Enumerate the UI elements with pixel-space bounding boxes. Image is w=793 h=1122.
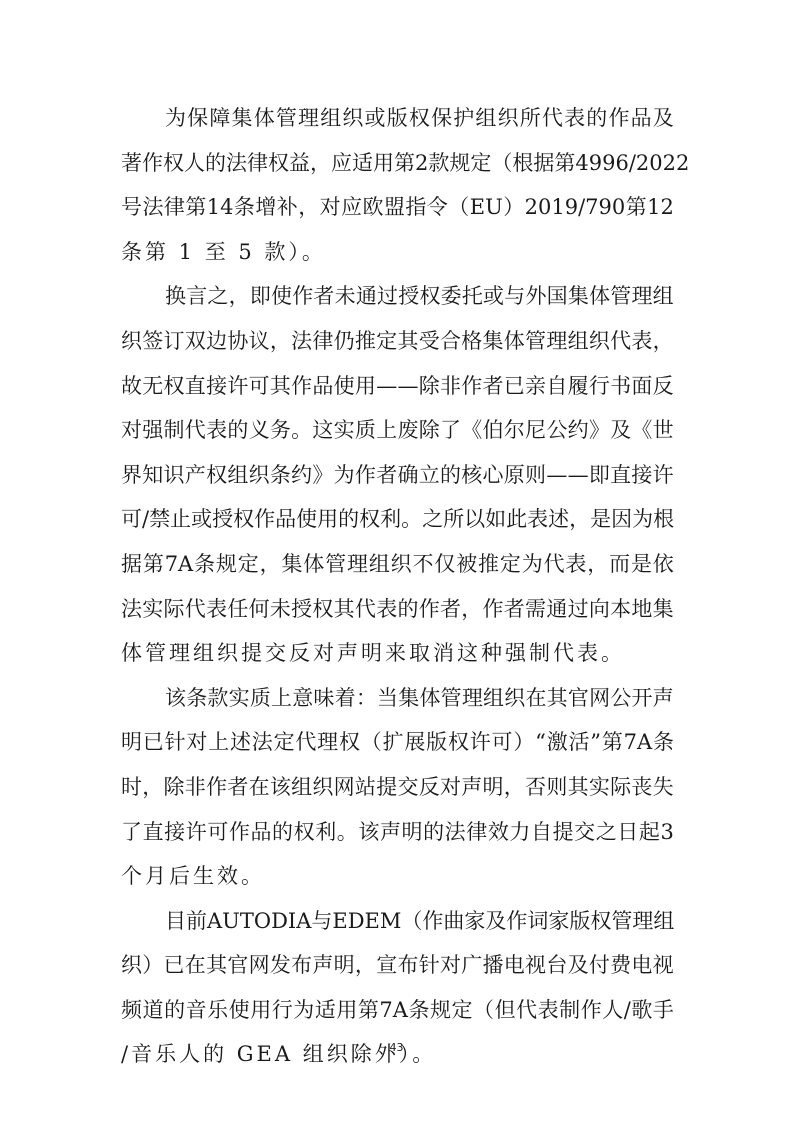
text-line: 时，除非作者在该组织网站提交反对声明，否则其实际丧失 [121,765,674,810]
text-line: 频道的音乐使用行为适用第7A条规定（但代表制作人/歌手 [121,988,674,1033]
text-line: 了直接许可作品的权利。该声明的法律效力自提交之日起3 [121,810,674,855]
text-line: 个月后生效。 [121,854,674,899]
text-line: 故无权直接许可其作品使用——除非作者已亲自履行书面反 [121,364,674,409]
text-line: 对强制代表的义务。这实质上废除了《伯尔尼公约》及《世 [121,408,674,453]
text-line: 换言之，即使作者未通过授权委托或与外国集体管理组 [121,274,674,319]
text-line: 界知识产权组织条约》为作者确立的核心原则——即直接许 [121,453,674,498]
text-line: 号法律第14条增补，对应欧盟指令（EU）2019/790第12 [121,185,674,230]
text-line: 著作权人的法律权益，应适用第2款规定（根据第4996/2022 [121,141,674,186]
text-line: 可/禁止或授权作品使用的权利。之所以如此表述，是因为根 [121,497,674,542]
text-line: 据第7A条规定，集体管理组织不仅被推定为代表，而是依 [121,542,674,587]
text-line: /音乐人的 GEA 组织除外）。 [121,1032,674,1077]
paragraph-3: 该条款实质上意味着：当集体管理组织在其官网公开声 明已针对上述法定代理权（扩展版… [121,676,674,899]
page-number: 43 [0,1041,793,1054]
text-line: 织签订双边协议，法律仍推定其受合格集体管理组织代表， [121,319,674,364]
text-line: 该条款实质上意味着：当集体管理组织在其官网公开声 [121,676,674,721]
text-line: 目前AUTODIA与EDEM（作曲家及作词家版权管理组 [121,899,674,944]
text-line: 条第 1 至 5 款）。 [121,230,674,275]
text-line: 体管理组织提交反对声明来取消这种强制代表。 [121,631,674,676]
text-line: 织）已在其官网发布声明，宣布针对广播电视台及付费电视 [121,943,674,988]
text-line: 法实际代表任何未授权其代表的作者，作者需通过向本地集 [121,587,674,632]
paragraph-2: 换言之，即使作者未通过授权委托或与外国集体管理组 织签订双边协议，法律仍推定其受… [121,274,674,675]
paragraph-1: 为保障集体管理组织或版权保护组织所代表的作品及 著作权人的法律权益，应适用第2款… [121,96,674,274]
text-line: 明已针对上述法定代理权（扩展版权许可）“激活”第7A条 [121,720,674,765]
document-body: 为保障集体管理组织或版权保护组织所代表的作品及 著作权人的法律权益，应适用第2款… [121,96,674,1077]
text-line: 为保障集体管理组织或版权保护组织所代表的作品及 [121,96,674,141]
